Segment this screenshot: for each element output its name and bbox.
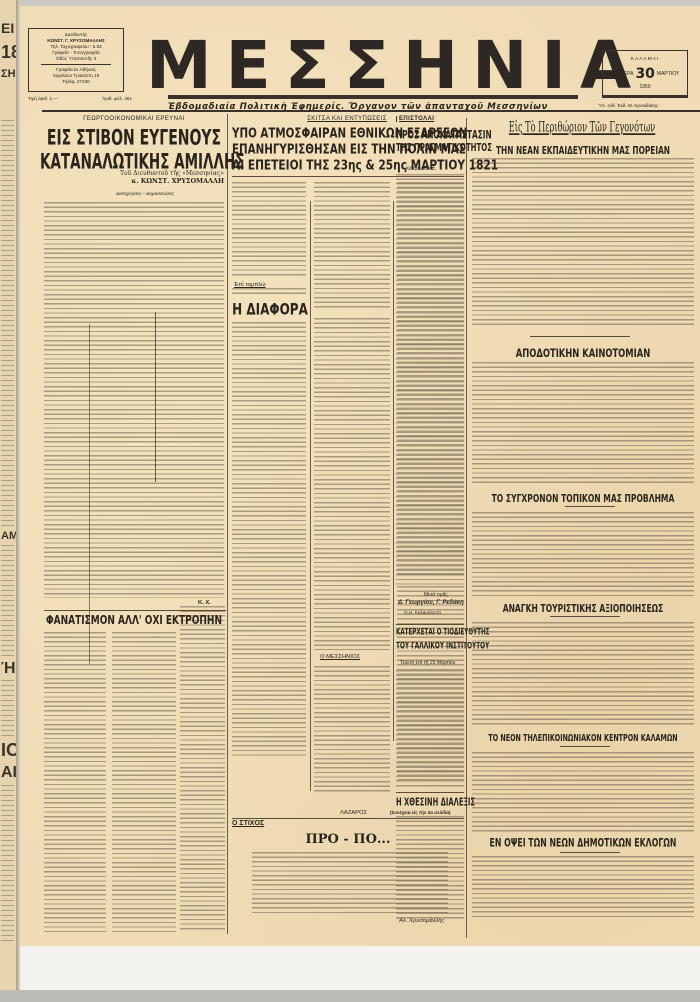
column-divider [227,114,228,934]
divider [565,506,615,507]
fanatismos-text [112,632,176,932]
margin-text [472,158,694,328]
prev-page-fragment: ΙΟ [1,740,18,761]
institute-text [396,670,464,788]
agro-byline: Τοῦ Διευθυντοῦ τῆς «Μεσσηνίας» κ. ΚΩΝΣΤ.… [80,170,224,185]
letters-closing: Μετὰ τιμῆς [424,592,448,598]
prev-page-fragment: ΕΙ [1,20,14,36]
column-divider [310,201,311,791]
telecom-text [472,752,694,834]
national-text [232,182,306,278]
telecom-headline: ΤΟ ΝΕΟΝ ΤΗΛΕΠΙΚΟΙΝΩΝΙΑΚΟΝ ΚΕΝΤΡΟΝ ΚΑΛΑΜΩ… [472,732,694,744]
agro-subnote: Διατηρήσεις—Δημοσιεύσεις [116,192,174,197]
divider [396,624,464,625]
column-divider [466,118,467,938]
editor-note: Ὑπ. εὐθ. Ἐκδ. Μ. Κροκιδάκης [598,103,658,108]
prev-page-fragment: 18 [1,42,18,63]
month: ΜΑΡΤΙΟΥ [657,71,679,77]
national-text [232,288,306,296]
page-bottom-margin [20,946,700,990]
letters-text [396,174,464,588]
agro-body-text [44,202,224,598]
divider [530,336,630,337]
day: 30 [635,66,654,82]
local-problem-text [472,512,694,598]
price-issue-line: Τιμὴ ἀριθ. 1.— Ἀριθ. φύλ. 461 [28,96,132,101]
margin-kicker: Εἰς Τὸ Περιθώριον Τῶν Γεγονότων [482,118,682,135]
byline-line: Τοῦ Διευθυντοῦ τῆς «Μεσσηνίας» [80,170,224,177]
continued-note: (Συνέχεια εἰς τὴν 2α σελίδα) [390,810,451,815]
year: 1959 [603,84,687,90]
publisher-box: Διευθυντής ΚΩΝΣΤ. Γ. ΧΡΥΣΟΜΑΛΛΗΣ Τηλ. Τα… [28,28,124,92]
divider [41,64,111,65]
fanatismos-text [44,632,106,932]
letters-headline: ΤΗΣ ΠΡΑΓΜΑΤΙΚΟΤΗΤΟΣ [396,142,462,154]
prev-page-fragment: ΑΜΕ [1,530,18,542]
diafora-text [314,666,390,794]
publisher-line: Τηλέφ. 27430 [31,79,121,85]
tourism-headline: ΑΝΑΓΚΗ ΤΟΥΡΙΣΤΙΚΗΣ ΑΞΙΟΠΟΙΗΣΕΩΣ [472,602,694,615]
letters-headline: ΠΡΟΣ ΑΠΟΚΑΤΑΣΤΑΣΙΝ [396,128,462,142]
innovation-text [472,362,694,486]
column-divider [393,201,394,741]
lecture-headline: Η ΧΘΕΣΙΝΗ ΔΙΑΛΕΞΙΣ [396,796,466,809]
diafora-text [232,322,306,758]
divider [560,852,620,853]
price: Τιμὴ ἀριθ. 1.— [28,96,58,101]
elections-headline: ΕΝ ΟΨΕΙ ΤΩΝ ΝΕΩΝ ΔΗΜΟΤΙΚΩΝ ΕΚΛΟΓΩΝ [472,836,694,850]
diafora-signature: Ο ΜΕΣΣΗΝΙΟΣ [320,654,360,660]
institute-headline: ΤΟΥ ΓΑΛΛΙΚΟΥ ΙΝΣΤΙΤΟΥΤΟΥ [396,642,466,652]
lecture-text [396,816,464,920]
letters-signature: Δ. Γεωργίου, Γ. Ρεδάκη [398,600,464,606]
publisher-line: Ὁδὸς Ὑπαπαντῆς 3 [31,56,121,62]
date-box: ΚΑΛΑΜΑΙ ΔΕΥΤΕΡΑ 30 ΜΑΡΤΙΟΥ 1959 [602,50,688,98]
divider [550,616,620,617]
letters-salutation: Κε Διευθυντά, [406,166,436,172]
institute-headline: ΚΑΤΕΡΧΕΤΑΙ Ο ΤΙΟΔΙΕΥΘΥΤΗΣ [396,628,466,638]
issue-number: Ἀριθ. φύλ. 461 [102,96,132,101]
masthead-rule [168,95,578,99]
weekday: ΔΕΥΤΕΡΑ [611,71,634,77]
institute-subhead: Τελετὴ ἐπὶ τῇ 25 Μαρτίου [400,660,455,666]
date-line: ΔΕΥΤΕΡΑ 30 ΜΑΡΤΙΟΥ [603,66,687,82]
lazaros-signature: ΛΑΖΑΡΟΣ [340,810,367,816]
prev-page-fragment: Ή [1,660,16,678]
newspaper-page: Διευθυντής ΚΩΝΣΤ. Γ. ΧΡΥΣΟΜΑΛΛΗΣ Τηλ. Τα… [20,6,700,946]
elections-text [472,856,694,920]
national-text [314,182,390,308]
tourism-text [472,622,694,728]
stichos-kicker: Ο ΣΤΙΧΟΣ [232,820,264,827]
agro-headline: ΕΙΣ ΣΤΙΒΟΝ ΕΥΓΕΝΟΥΣ [44,126,224,151]
agro-kicker: ΓΕΩΡΓΟΟΙΚΟΝΟΜΙΚΑΙ ΕΡΕΥΝΑΙ [44,116,224,122]
previous-page-edge: ΕΙ 18 ΣΗ ΑΜΕ ΙΟ ΑΙ Ή [0,0,18,1002]
fanatismos-text [180,606,225,932]
national-text [314,318,390,650]
diafora-headline: Η ΔΙΑΦΟΡΑ [232,300,308,318]
prev-page-fragment: ΑΙ [1,764,17,782]
local-problem-headline: ΤΟ ΣΥΓΧΡΟΝΟΝ ΤΟΠΙΚΟΝ ΜΑΣ ΠΡΟΒΛΗΜΑ [472,492,694,505]
innovation-headline: ΑΠΟΔΟΤΙΚΗΝ ΚΑΙΝΟΤΟΜΙΑΝ [472,346,694,360]
city: ΚΑΛΑΜΑΙ [603,57,687,62]
letters-kicker: ΕΠΙΣΤΟΛΑΙ [396,116,456,122]
author-name: κ. ΚΩΝΣΤ. ΧΡΥΣΟΜΑΛΛΗ [132,177,224,185]
prev-page-fragment: ΣΗ [1,68,16,80]
scan-edge [0,990,700,1002]
divider [560,746,610,747]
masthead-title: ΜΕΣΣΗΝΙΑ [146,34,590,98]
letters-signature-note: Ο.Η. Καλαμάτα 61 [404,610,441,615]
divider [396,792,464,793]
header-rule [42,110,700,112]
margin-headline: ΤΗΝ ΝΕΑΝ ΕΚΠΑΙΔΕΥΤΙΚΗΝ ΜΑΣ ΠΟΡΕΙΑΝ [472,144,694,157]
